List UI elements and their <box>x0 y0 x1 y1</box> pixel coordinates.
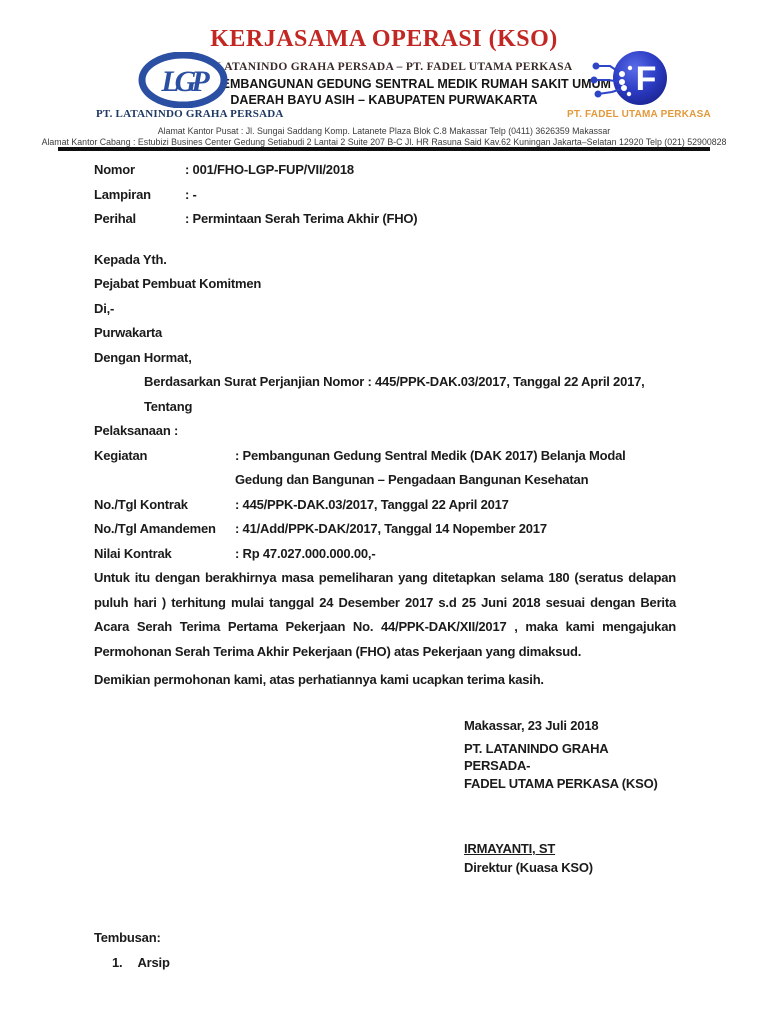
detail-label: Nilai Kontrak <box>94 542 235 567</box>
svg-text:LGP: LGP <box>160 65 210 98</box>
letterhead-divider <box>58 147 710 151</box>
meta-label: Lampiran <box>94 183 185 208</box>
lgp-logo-icon: LGP <box>138 52 228 108</box>
signer-name: IRMAYANTI, ST <box>464 839 676 858</box>
meta-label: Perihal <box>94 207 185 232</box>
signer-title: Direktur (Kuasa KSO) <box>464 858 676 878</box>
signature-place-date: Makassar, 23 Juli 2018 <box>464 715 676 737</box>
letter-body: Nomor : 001/FHO-LGP-FUP/VII/2018 Lampira… <box>94 152 676 975</box>
detail-label: No./Tgl Amandemen <box>94 517 235 542</box>
recipient-block: Kepada Yth. Pejabat Pembuat Komitmen Di,… <box>94 248 676 371</box>
body-paragraph: Untuk itu dengan berakhirnya masa pemeli… <box>94 566 676 664</box>
recipient-line: Kepada Yth. <box>94 248 676 273</box>
meta-label: Nomor <box>94 158 185 183</box>
left-company-label: PT. LATANINDO GRAHA PERSADA <box>96 108 284 120</box>
detail-value: : Rp 47.027.000.000.00,- <box>235 542 676 567</box>
cc-item: 1. Arsip <box>94 951 676 976</box>
detail-label: No./Tgl Kontrak <box>94 493 235 518</box>
intro-line: Pelaksanaan : <box>94 419 676 444</box>
address-line-1: Alamat Kantor Pusat : Jl. Sungai Saddang… <box>0 126 768 136</box>
right-company-label: PT. FADEL UTAMA PERKASA <box>567 109 711 120</box>
detail-label: Kegiatan <box>94 444 235 493</box>
detail-value: : 41/Add/PPK-DAK/2017, Tanggal 14 Nopemb… <box>235 517 676 542</box>
detail-value: : Pembangunan Gedung Sentral Medik (DAK … <box>235 444 676 493</box>
cc-block: Tembusan: 1. Arsip <box>94 926 676 975</box>
intro-block: Berdasarkan Surat Perjanjian Nomor : 445… <box>94 370 676 444</box>
contract-details: Kegiatan : Pembangunan Gedung Sentral Me… <box>94 444 676 567</box>
fup-logo-icon: F <box>588 48 674 114</box>
intro-line: Berdasarkan Surat Perjanjian Nomor : 445… <box>94 370 676 419</box>
meta-value: : - <box>185 183 676 208</box>
letter-meta: Nomor : 001/FHO-LGP-FUP/VII/2018 Lampira… <box>94 158 676 232</box>
salutation: Dengan Hormat, <box>94 346 676 371</box>
signature-company-line1: PT. LATANINDO GRAHA PERSADA- <box>464 740 676 775</box>
cc-item-text: Arsip <box>137 951 169 976</box>
detail-value: : 445/PPK-DAK.03/2017, Tanggal 22 April … <box>235 493 676 518</box>
recipient-line: Pejabat Pembuat Komitmen <box>94 272 676 297</box>
meta-value: : Permintaan Serah Terima Akhir (FHO) <box>185 207 676 232</box>
cc-item-number: 1. <box>94 951 122 976</box>
cc-heading: Tembusan: <box>94 926 676 951</box>
recipient-line: Di,- <box>94 297 676 322</box>
signature-company-line2: FADEL UTAMA PERKASA (KSO) <box>464 775 676 793</box>
meta-value: : 001/FHO-LGP-FUP/VII/2018 <box>185 158 676 183</box>
letter-page: KERJASAMA OPERASI (KSO) PT. LATANINDO GR… <box>0 0 768 1024</box>
signature-block: Makassar, 23 Juli 2018 PT. LATANINDO GRA… <box>464 715 676 879</box>
recipient-line: Purwakarta <box>94 321 676 346</box>
closing-line: Demikian permohonan kami, atas perhatian… <box>94 668 676 693</box>
address-line-2: Alamat Kantor Cabang : Estubizi Busines … <box>0 137 768 147</box>
svg-text:F: F <box>636 60 657 98</box>
